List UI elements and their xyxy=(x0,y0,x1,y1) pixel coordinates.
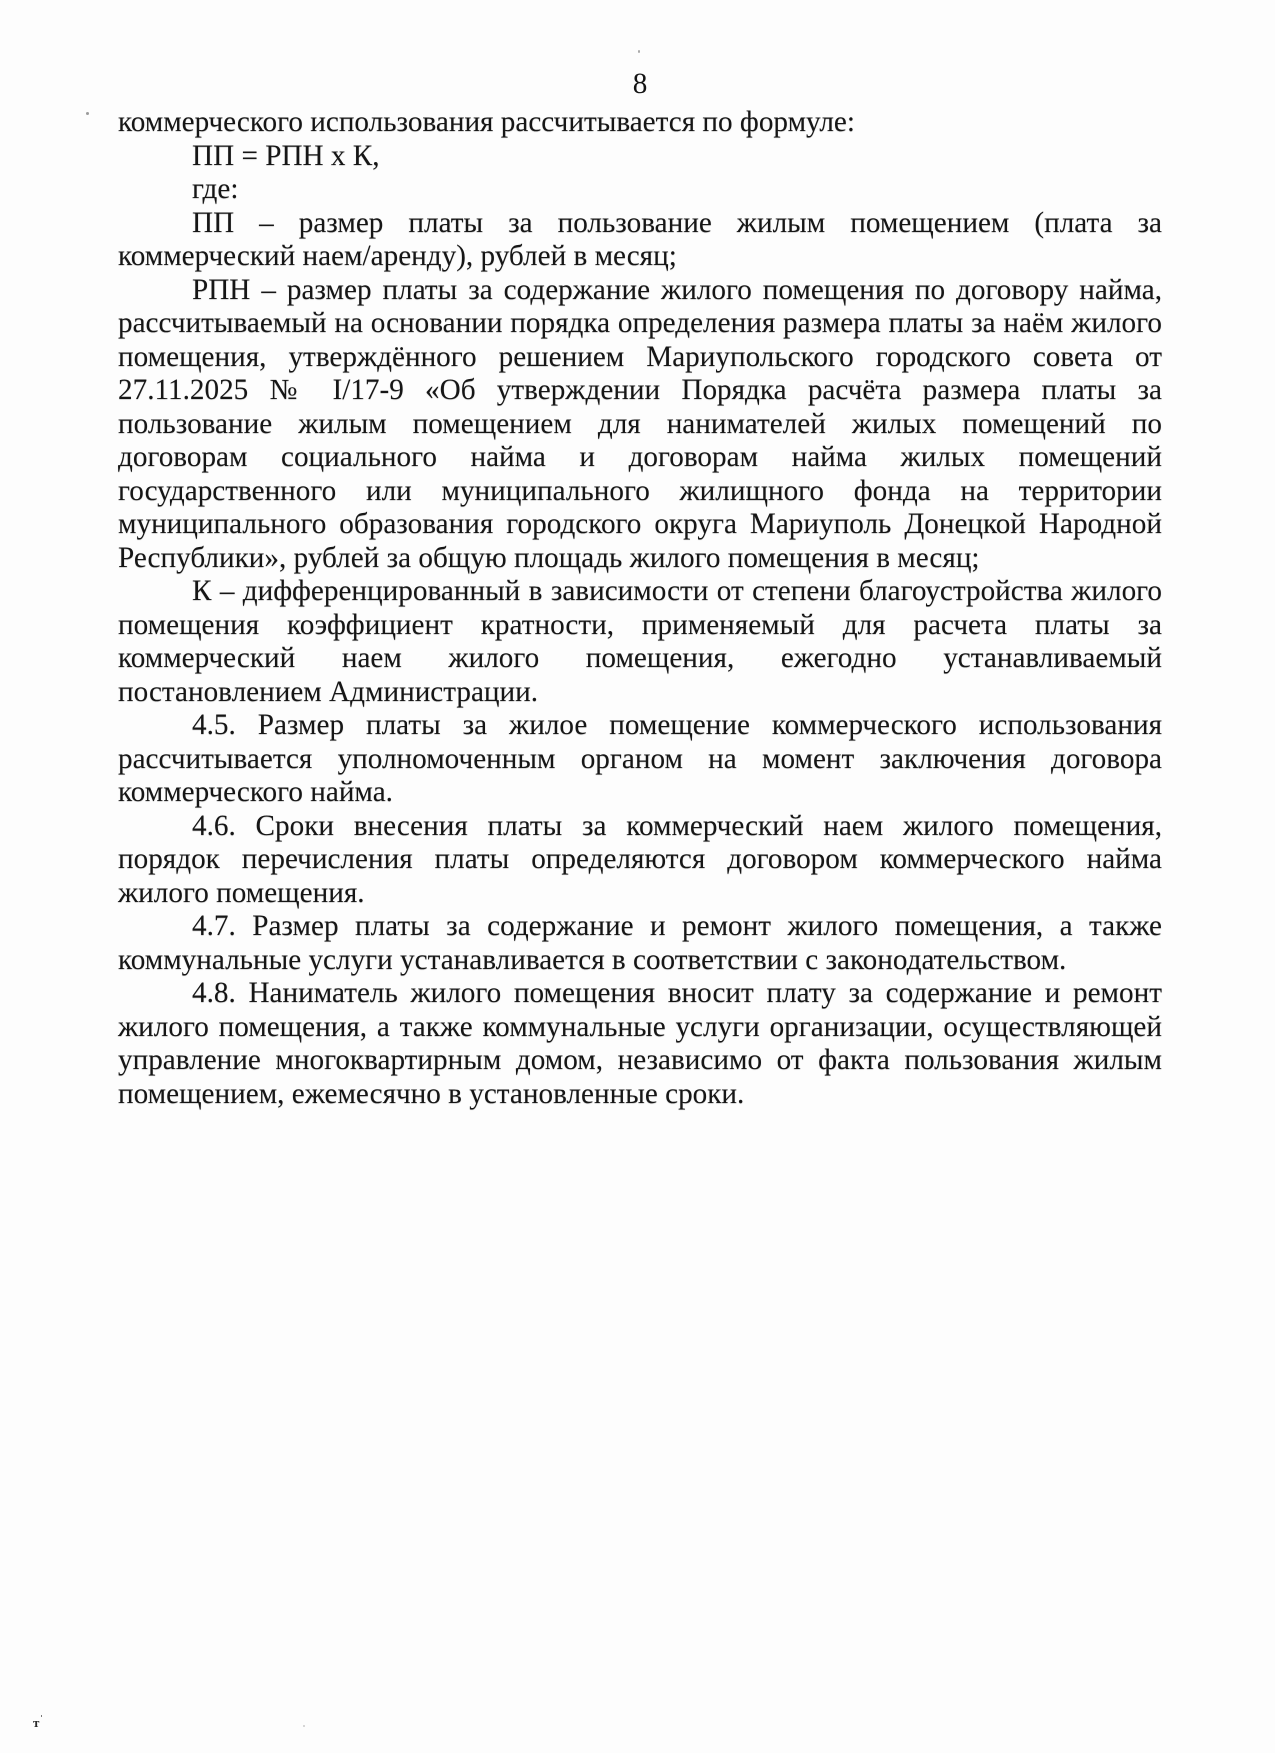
paragraph: коммерческого использования рассчитывает… xyxy=(118,106,1162,140)
paragraph: К – дифференцированный в зависимости от … xyxy=(118,575,1162,709)
scan-speck xyxy=(303,1725,305,1727)
paragraph: 4.8. Наниматель жилого помещения вносит … xyxy=(118,977,1162,1111)
document-page: 8 коммерческого использования рассчитыва… xyxy=(0,0,1275,1753)
page-number: 8 xyxy=(118,68,1162,102)
paragraph: 4.5. Размер платы за жилое помещение ком… xyxy=(118,709,1162,810)
scan-artifact-mark: т xyxy=(33,1716,39,1729)
paragraph: ПП = РПН х К, xyxy=(118,140,1162,174)
document-text-block: коммерческого использования рассчитывает… xyxy=(118,106,1162,1111)
paragraph: РПН – размер платы за содержание жилого … xyxy=(118,274,1162,576)
scan-speck xyxy=(638,50,640,53)
paragraph: ПП – размер платы за пользование жилым п… xyxy=(118,207,1162,274)
paragraph: где: xyxy=(118,173,1162,207)
paragraph: 4.7. Размер платы за содержание и ремонт… xyxy=(118,910,1162,977)
scan-speck xyxy=(86,112,89,115)
paragraph: 4.6. Сроки внесения платы за коммерчески… xyxy=(118,810,1162,911)
